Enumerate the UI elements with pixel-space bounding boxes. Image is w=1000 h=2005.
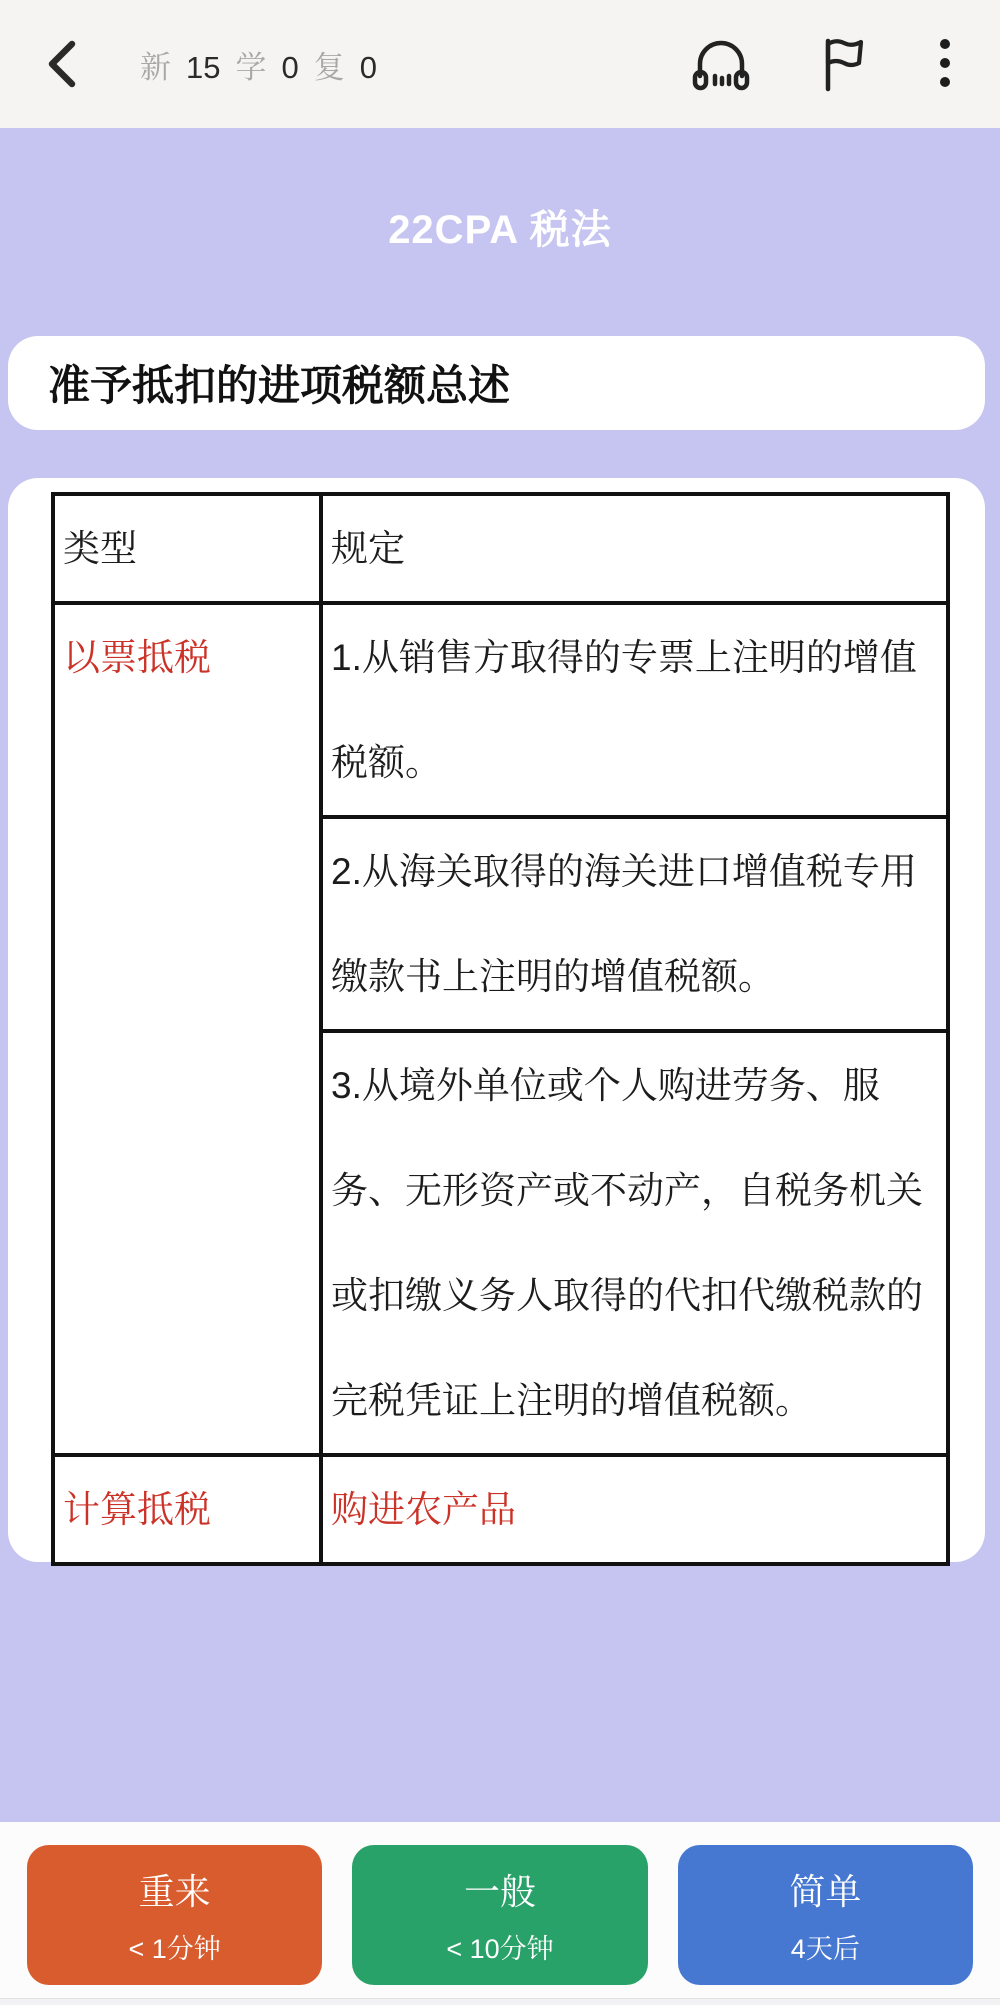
easy-button-interval: 4天后 xyxy=(791,1927,860,1966)
learning-count-label: 学 xyxy=(235,42,266,87)
bottom-home-indicator-area xyxy=(0,1998,1000,2005)
headphones-icon xyxy=(690,36,752,92)
back-icon xyxy=(42,38,80,90)
back-button[interactable] xyxy=(40,38,82,90)
review-count-label: 复 xyxy=(314,42,345,87)
again-button-interval: < 1分钟 xyxy=(129,1927,221,1966)
table-header-row: 类型 规定 xyxy=(53,494,948,603)
new-count-label: 新 xyxy=(140,42,171,87)
again-button[interactable]: 重来 < 1分钟 xyxy=(27,1845,322,1985)
good-button-label: 一般 xyxy=(464,1864,536,1915)
answer-buttons-bar: 重来 < 1分钟 一般 < 10分钟 简单 4天后 xyxy=(27,1845,973,1985)
type-calculated-deduction: 计算抵税 xyxy=(53,1455,321,1564)
header-type: 类型 xyxy=(53,494,321,603)
table-row: 计算抵税 购进农产品 xyxy=(53,1455,948,1564)
again-button-label: 重来 xyxy=(139,1864,211,1915)
learning-count-value: 0 xyxy=(281,50,298,86)
new-count-value: 15 xyxy=(186,50,220,86)
table-row: 以票抵税 1.从销售方取得的专票上注明的增值税额。 xyxy=(53,603,948,817)
answer-card: 类型 规定 以票抵税 1.从销售方取得的专票上注明的增值税额。 2.从海关取得的… xyxy=(8,478,985,1562)
review-count-value: 0 xyxy=(360,50,377,86)
flag-button[interactable] xyxy=(820,35,870,93)
top-navigation-bar: 新 15 学 0 复 0 xyxy=(0,0,1000,128)
type-invoice-deduction: 以票抵税 xyxy=(53,603,321,1455)
card-counters: 新 15 学 0 复 0 xyxy=(140,42,377,87)
easy-button[interactable]: 简单 4天后 xyxy=(678,1845,973,1985)
kebab-menu-icon xyxy=(938,37,952,91)
rule-cell-1: 1.从销售方取得的专票上注明的增值税额。 xyxy=(321,603,948,817)
more-options-button[interactable] xyxy=(938,37,952,91)
audio-button[interactable] xyxy=(690,36,752,92)
question-card: 准予抵扣的进项税额总述 xyxy=(8,336,985,430)
question-text: 准予抵扣的进项税额总述 xyxy=(48,353,510,413)
rule-cell-2: 2.从海关取得的海关进口增值税专用缴款书上注明的增值税额。 xyxy=(321,817,948,1031)
good-button[interactable]: 一般 < 10分钟 xyxy=(352,1845,647,1985)
rules-table: 类型 规定 以票抵税 1.从销售方取得的专票上注明的增值税额。 2.从海关取得的… xyxy=(51,492,950,1566)
rule-cell-3: 3.从境外单位或个人购进劳务、服务、无形资产或不动产，自税务机关或扣缴义务人取得… xyxy=(321,1031,948,1455)
rule-cell-4: 购进农产品 xyxy=(321,1455,948,1564)
good-button-interval: < 10分钟 xyxy=(446,1927,553,1966)
flashcard-app-screen: 新 15 学 0 复 0 xyxy=(0,0,1000,2005)
header-rule: 规定 xyxy=(321,494,948,603)
deck-title: 22CPA 税法 xyxy=(0,198,1000,255)
topbar-actions xyxy=(690,35,952,93)
easy-button-label: 简单 xyxy=(789,1864,861,1915)
flag-icon xyxy=(820,35,870,93)
